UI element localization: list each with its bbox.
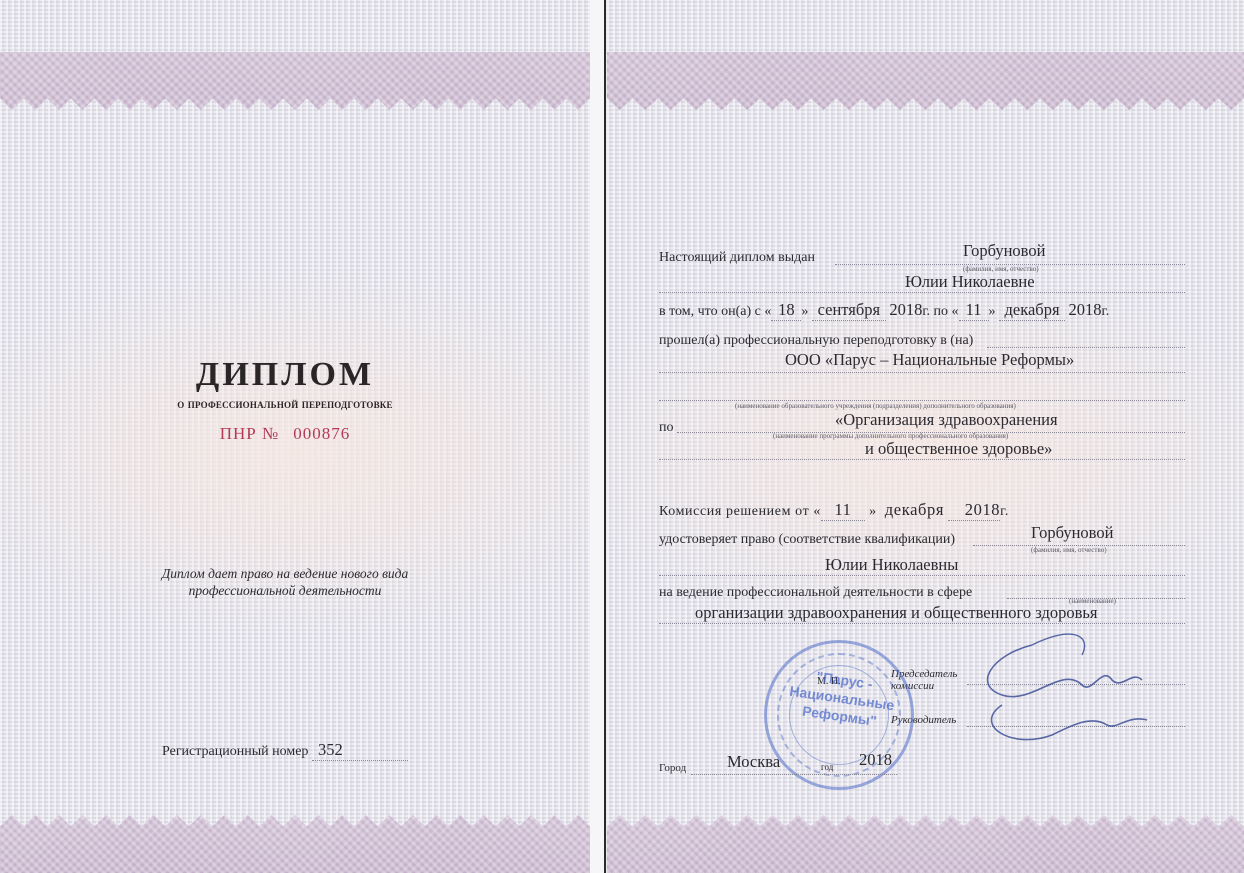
end-month: декабря	[999, 300, 1065, 321]
year-suffix: г.	[1000, 504, 1009, 519]
commission-line: Комиссия решением от «11 » декабря 2018г…	[659, 500, 1009, 521]
stamp-text: "Парус - Национальные Реформы"	[764, 661, 920, 735]
spine	[590, 0, 606, 873]
decorative-border-top	[0, 52, 590, 110]
end-day: 11	[959, 300, 989, 321]
serial-prefix: ПНР №	[220, 424, 279, 443]
commission-month: декабря	[885, 500, 944, 519]
decorative-border-bottom	[0, 815, 590, 873]
completed-label: прошел(а) профессиональную переподготовк…	[659, 333, 973, 349]
serial-value: 000876	[293, 424, 350, 443]
diploma-subtitle: о профессиональной переподготовке	[0, 397, 570, 412]
end-year: 2018	[1069, 300, 1102, 319]
year-label: год	[821, 762, 833, 772]
reg-label: Регистрационный номер	[162, 744, 308, 759]
city-value: Москва	[727, 752, 780, 772]
year-suffix: г.	[1102, 304, 1110, 319]
commission-label: Комиссия решением от «	[659, 504, 821, 519]
commission-day: 11	[821, 500, 865, 521]
activity-field: организации здравоохранения и общественн…	[695, 603, 1098, 623]
rights-line-2: профессиональной деятельности	[0, 583, 570, 599]
surname-dative: Горбуновой	[963, 241, 1045, 261]
year-value: 2018	[859, 750, 892, 770]
issued-label: Настоящий диплом выдан	[659, 250, 815, 266]
rights-line-1: Диплом дает право на ведение нового вида	[0, 566, 570, 582]
activity-label: на ведение профессиональной деятельности…	[659, 585, 972, 601]
name-dative: Юлии Николаевне	[905, 272, 1035, 292]
period-line: в том, что он(а) с «18» сентября 2018г. …	[659, 300, 1109, 321]
program-prefix: по	[659, 420, 674, 436]
period-to: по «	[934, 304, 959, 319]
surname-genitive: Горбуновой	[1031, 523, 1113, 543]
start-year: 2018	[889, 300, 922, 319]
year-suffix: г.	[922, 304, 930, 319]
rule	[659, 372, 1185, 373]
institution-hint: (наименование образовательного учреждени…	[735, 402, 1016, 410]
diploma-title: ДИПЛОМ	[0, 356, 570, 394]
registration-number: Регистрационный номер 352	[162, 740, 408, 761]
period-prefix: в том, что он(а) с «	[659, 304, 771, 319]
start-month: сентября	[812, 300, 886, 321]
rule	[659, 459, 1185, 460]
start-day: 18	[771, 300, 801, 321]
rule	[691, 774, 897, 775]
reg-value: 352	[312, 740, 408, 761]
decorative-border-top	[607, 52, 1244, 110]
institution-name: ООО «Парус – Национальные Реформы»	[785, 350, 1074, 370]
commission-year: 2018	[948, 500, 1000, 521]
program-line-1: «Организация здравоохранения	[835, 410, 1058, 430]
certifies-label: удостоверяет право (соответствие квалифи…	[659, 532, 955, 548]
city-label: Город	[659, 762, 686, 774]
signature-chairman	[972, 625, 1172, 755]
rule	[987, 347, 1185, 348]
name-genitive: Юлии Николаевны	[825, 555, 958, 575]
decorative-border-bottom	[607, 815, 1244, 873]
rule	[659, 575, 1185, 576]
left-page: ДИПЛОМ о профессиональной переподготовке…	[0, 0, 590, 873]
rule	[659, 623, 1185, 624]
rule	[659, 400, 1185, 401]
right-page: Настоящий диплом выдан Горбуновой (фамил…	[607, 0, 1244, 873]
rule	[659, 292, 1185, 293]
serial-number: ПНР №000876	[0, 424, 570, 444]
fio-hint-2: (фамилия, имя, отчество)	[1031, 546, 1107, 554]
program-line-2: и общественное здоровье»	[865, 439, 1052, 459]
